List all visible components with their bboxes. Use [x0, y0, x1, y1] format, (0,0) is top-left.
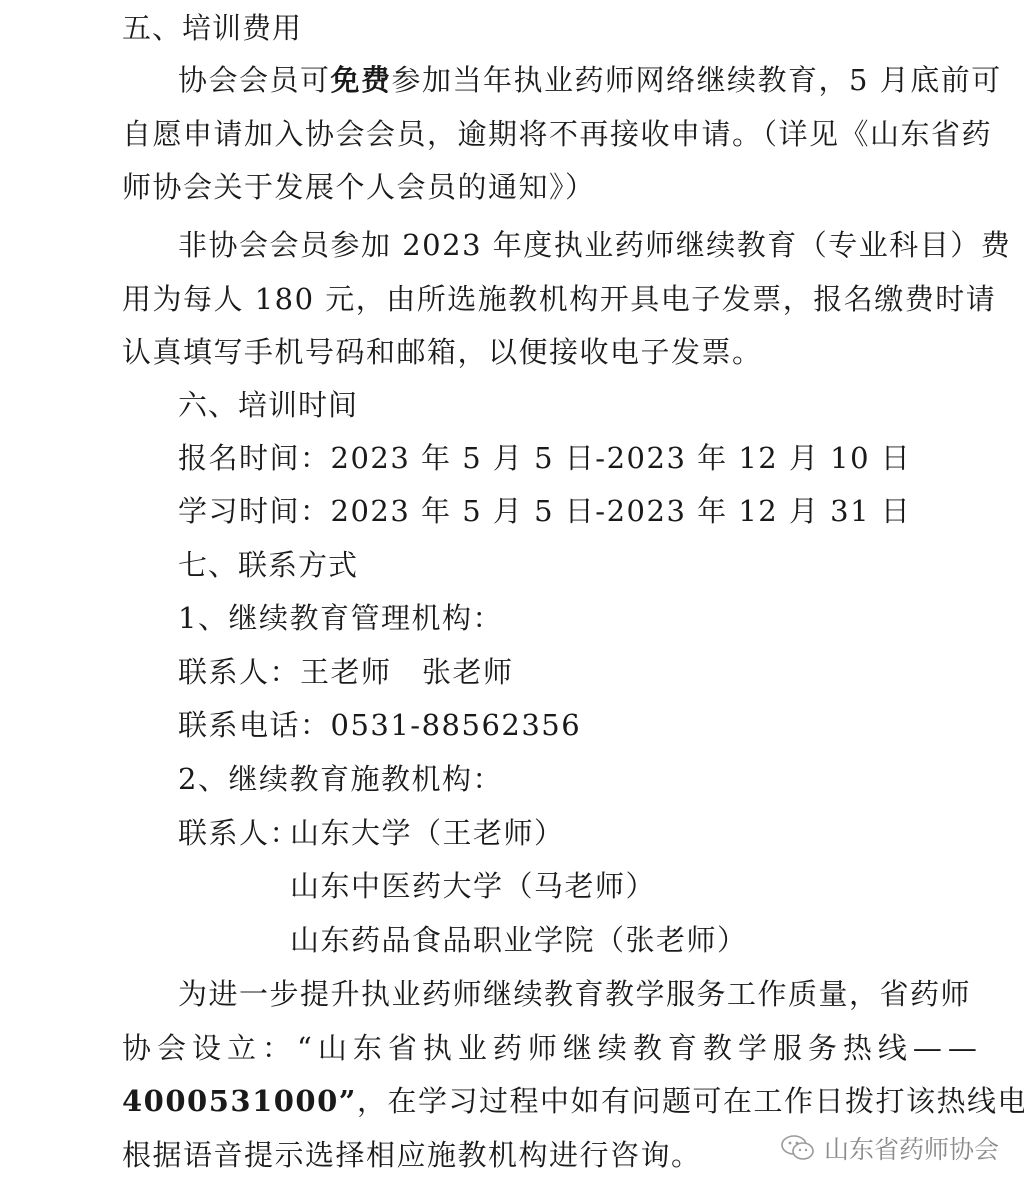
text: 协会会员可: [178, 63, 331, 97]
fee-paragraph-2-line-2: 用为每人 180 元，由所选施教机构开具电子发票，报名缴费时请: [122, 279, 996, 319]
text: 参加当年执业药师网络继续教育，5 月底前可: [392, 63, 1002, 97]
hotline-line-1: 为进一步提升执业药师继续教育教学服务工作质量，省药师: [178, 974, 971, 1014]
wechat-icon: [780, 1133, 816, 1163]
hotline-line-4: 根据语音提示选择相应施教机构进行咨询。: [122, 1135, 702, 1175]
mgmt-phone: 联系电话：0531-88562356: [178, 705, 581, 745]
institution-item: 山东大学（王老师）: [290, 813, 565, 853]
mgmt-contacts: 联系人：王老师 张老师: [178, 652, 514, 692]
hotline-line-2: 协会设立：“山东省执业药师继续教育教学服务热线——: [122, 1028, 983, 1068]
mgmt-org-title: 1、继续教育管理机构：: [178, 598, 503, 638]
fee-paragraph-1-line-1: 协会会员可免费参加当年执业药师网络继续教育，5 月底前可: [178, 60, 1002, 100]
study-time: 学习时间：2023 年 5 月 5 日-2023 年 12 月 31 日: [178, 491, 911, 531]
watermark: 山东省药师协会: [780, 1130, 999, 1166]
document-page: 五、培训费用 协会会员可免费参加当年执业药师网络继续教育，5 月底前可 自愿申请…: [0, 0, 1024, 1196]
inst-title: 2、继续教育施教机构：: [178, 759, 503, 799]
fee-paragraph-2-line-3: 认真填写手机号码和邮箱，以便接收电子发票。: [122, 332, 763, 372]
institution-item: 山东药品食品职业学院（张老师）: [290, 920, 748, 960]
section-heading-fee: 五、培训费用: [122, 8, 302, 48]
hotline-line-3: 4000531000”，在学习过程中如有问题可在工作日拨打该热线电话，: [122, 1081, 1024, 1121]
section-heading-contact: 七、联系方式: [178, 545, 358, 585]
emphasis-free: 免费: [331, 63, 392, 97]
fee-paragraph-1-line-2: 自愿申请加入协会会员，逾期将不再接收申请。（详见《山东省药: [122, 114, 992, 154]
text: ，在学习过程中如有问题可在工作日拨打该热线电话，: [357, 1084, 1024, 1118]
hotline-number: 4000531000”: [122, 1084, 357, 1118]
section-heading-time: 六、培训时间: [178, 385, 358, 425]
fee-paragraph-2-line-1: 非协会会员参加 2023 年度执业药师继续教育（专业科目）费: [178, 225, 1011, 265]
registration-time: 报名时间：2023 年 5 月 5 日-2023 年 12 月 10 日: [178, 438, 911, 478]
watermark-text: 山东省药师协会: [824, 1130, 999, 1166]
institution-item: 山东中医药大学（马老师）: [290, 866, 656, 906]
inst-contact-label: 联系人：: [178, 813, 300, 853]
fee-paragraph-1-line-3: 师协会关于发展个人会员的通知》）: [122, 167, 596, 207]
